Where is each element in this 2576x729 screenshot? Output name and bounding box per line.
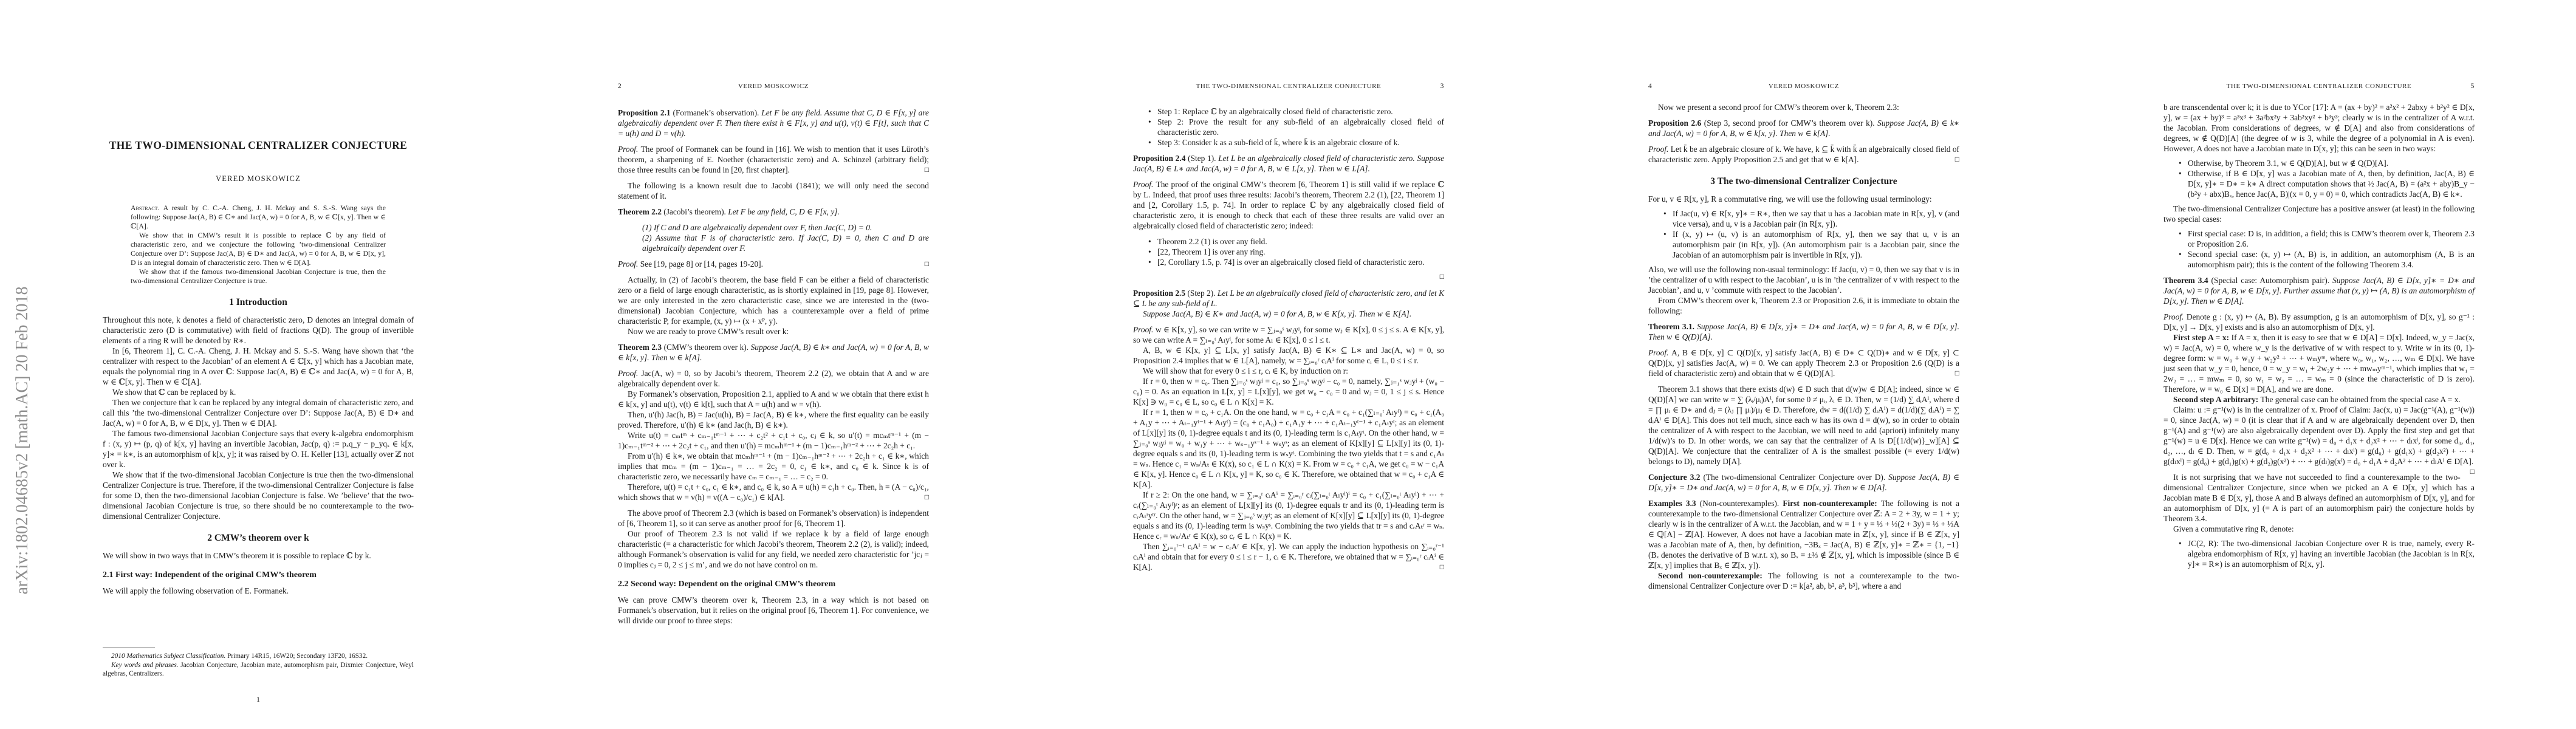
header-page-number: 5	[2471, 83, 2475, 90]
paragraph: In [6, Theorem 1], C. C.-A. Cheng, J. H.…	[103, 346, 414, 387]
bullet-item: •Otherwise, if B ∈ D[x, y] was a Jacobia…	[2188, 168, 2475, 199]
abstract-paragraph: Abstract. A result by C. C.-A. Cheng, J.…	[131, 204, 386, 231]
page-content: b are transcendental over k; it is due t…	[2163, 102, 2475, 573]
proof-paragraph: A, B, w ∈ K[x, y] ⊆ L[x, y] satisfy Jac(…	[1133, 345, 1444, 366]
qed-symbol: □	[925, 259, 929, 269]
subsection-heading: 2.2 Second way: Dependent on the origina…	[618, 579, 929, 590]
proof-paragraph: Write u(t) = cₘtᵐ + cₘ₋₁tᵐ⁻¹ + ⋯ + c₂t² …	[618, 430, 929, 451]
footnote-lead: Key words and phrases.	[111, 662, 180, 669]
proof-paragraph: Proof. Let k̄ be an algebraic closure of…	[1648, 144, 1959, 165]
proof-paragraph: By Formanek’s observation, Proposition 2…	[618, 389, 929, 409]
page-1: THE TWO-DIMENSIONAL CENTRALIZER CONJECTU…	[0, 0, 515, 729]
bullet-marker: •	[2179, 228, 2182, 239]
bullet-list: •If Jac(u, v) ∈ R[x, y]∗ = R∗, then we s…	[1648, 208, 1959, 260]
theorem-note: (The two-dimensional Centralizer Conject…	[1703, 473, 1888, 482]
abstract: Abstract. A result by C. C.-A. Cheng, J.…	[103, 204, 414, 286]
example-block: Examples 3.3 (Non-counterexamples). Firs…	[1648, 498, 1959, 591]
proof-paragraph: Therefore, u(t) = c₁t + c₀, c₁ ∈ k∗, and…	[618, 482, 929, 502]
bullet-marker: •	[2179, 168, 2182, 179]
theorem-label: Theorem 3.1.	[1648, 322, 1697, 331]
bullet-item: •Step 2: Prove the result for any sub-fi…	[1157, 117, 1444, 137]
header-title: THE TWO-DIMENSIONAL CENTRALIZER CONJECTU…	[1133, 83, 1444, 90]
paragraph: From CMW’s theorem over k, Theorem 2.3 o…	[1648, 295, 1959, 316]
bullet-marker: •	[1663, 208, 1667, 219]
proof-label: Proof.	[618, 259, 640, 269]
abstract-label: Abstract.	[131, 204, 163, 212]
bullet-list: (1) If C and D are algebraically depende…	[618, 222, 929, 253]
bold-lead: First step A = x:	[2173, 333, 2232, 342]
proof-paragraph: If r = 1, then w = c₀ + c₁A. On the one …	[1133, 407, 1444, 490]
proof-label: Proof.	[1133, 325, 1156, 334]
proof-block: Proof. See [19, page 8] or [14, pages 19…	[618, 259, 929, 269]
theorem-label: Examples 3.3	[1648, 499, 1700, 508]
proof-block: Proof. Denote g : (x, y) ↦ (A, B). By as…	[2163, 312, 2475, 467]
proof-block: Proof. The proof of the original CMW’s t…	[1133, 179, 1444, 231]
footnote-line: Key words and phrases. Jacobian Conjectu…	[103, 661, 414, 679]
paragraph: The famous two-dimensional Jacobian Conj…	[103, 428, 414, 470]
page-content: Now we present a second proof for CMW’s …	[1648, 102, 1959, 597]
paragraph: Now we are ready to prove CMW’s result o…	[618, 326, 929, 337]
theorem-paragraph: Proposition 2.1 (Formanek’s observation)…	[618, 108, 929, 139]
theorem-block: Theorem 2.3 (CMW’s theorem over k). Supp…	[618, 342, 929, 363]
theorem-paragraph: Theorem 2.3 (CMW’s theorem over k). Supp…	[618, 342, 929, 363]
theorem-paragraph: Proposition 2.4 (Step 1). Let L be an al…	[1133, 153, 1444, 174]
running-header: 2VERED MOSKOWICZ	[618, 83, 929, 92]
author-name: VERED MOSKOWICZ	[103, 174, 414, 184]
page-2: 2VERED MOSKOWICZProposition 2.1 (Formane…	[515, 0, 1030, 729]
proof-paragraph: Then, u′(h) Jac(h, B) = Jac(u(h), B) = J…	[618, 409, 929, 430]
theorem-label: Proposition 2.6	[1648, 118, 1704, 128]
paragraph: It is not surprising that we have not su…	[2163, 472, 2475, 524]
proof-paragraph: Proof. The proof of Formanek can be foun…	[618, 144, 929, 175]
theorem-note: (Step 2).	[1187, 289, 1217, 298]
footnote-rule	[103, 648, 155, 648]
running-header: THE TWO-DIMENSIONAL CENTRALIZER CONJECTU…	[2163, 83, 2475, 92]
paragraph: We show that if the two-dimensional Jaco…	[103, 470, 414, 521]
page-content: Proposition 2.1 (Formanek’s observation)…	[618, 102, 929, 626]
bullet-item: •Step 3: Consider k as a sub-field of k̄…	[1157, 137, 1444, 148]
qed-symbol: □	[1955, 368, 1959, 378]
document-canvas: THE TWO-DIMENSIONAL CENTRALIZER CONJECTU…	[0, 0, 2576, 729]
abstract-paragraph: We show that in CMW’s result it is possi…	[131, 231, 386, 267]
bullet-item: (1) If C and D are algebraically depende…	[642, 222, 929, 233]
paragraph: The above proof of Theorem 2.3 (which is…	[618, 508, 929, 529]
theorem-text: Suppose Jac(A, B) ∈ K∗ and Jac(A, w) = 0…	[1143, 309, 1411, 318]
bullet-item: •[22, Theorem 1] is over any ring.	[1157, 247, 1444, 257]
proof-paragraph: Proof. See [19, page 8] or [14, pages 19…	[618, 259, 929, 269]
arxiv-watermark: arXiv:1802.04685v2 [math.AC] 20 Feb 2018	[13, 173, 33, 708]
bold-lead: Second non-counterexample:	[1658, 571, 1768, 580]
theorem-paragraph: Proposition 2.5 (Step 2). Let L be an al…	[1133, 288, 1444, 309]
section-heading: 2 CMW’s theorem over k	[103, 532, 414, 544]
bullet-marker: •	[1148, 137, 1151, 148]
theorem-note: (Formanek’s observation).	[673, 108, 762, 117]
proof-block: Proof. Let k̄ be an algebraic closure of…	[1648, 144, 1959, 165]
bullet-item: •Second special case: (x, y) ↦ (A, B) is…	[2188, 249, 2475, 270]
bullet-item: (2) Assume that F is of characteristic z…	[642, 233, 929, 253]
paragraph: The following is a known result due to J…	[618, 180, 929, 201]
paragraph: Now we present a second proof for CMW’s …	[1648, 102, 1959, 112]
bold-lead: Second step A arbitrary:	[2173, 395, 2261, 404]
paragraph: Actually, in (2) of Jacobi’s theorem, th…	[618, 275, 929, 326]
proof-paragraph: Proof. The proof of the original CMW’s t…	[1133, 179, 1444, 231]
proof-paragraph: If r = 0, then w = c₀. Then ∑ⱼ₌₀ˢ wⱼyʲ =…	[1133, 376, 1444, 407]
proof-paragraph: Second step A arbitrary: The general cas…	[2163, 394, 2475, 405]
bullet-item: •Theorem 2.2 (1) is over any field.	[1157, 236, 1444, 247]
paragraph: Theorem 3.1 shows that there exists d(w)…	[1648, 384, 1959, 467]
paragraph: Also, we will use the following non-usua…	[1648, 264, 1959, 295]
paragraph: For u, v ∈ R[x, y], R a commutative ring…	[1648, 194, 1959, 204]
theorem-paragraph: Conjecture 3.2 (The two-dimensional Cent…	[1648, 472, 1959, 493]
bullet-marker: •	[1148, 236, 1151, 247]
bullet-marker: •	[1148, 257, 1151, 267]
theorem-paragraph: Theorem 3.1. Suppose Jac(A, B) ∈ D[x, y]…	[1648, 321, 1959, 342]
proof-paragraph: From u′(h) ∈ k∗, we obtain that mcₘhᵐ⁻¹ …	[618, 451, 929, 482]
paper-title: THE TWO-DIMENSIONAL CENTRALIZER CONJECTU…	[103, 139, 414, 152]
footnote: 2010 Mathematics Subject Classification.…	[103, 648, 414, 679]
proof-paragraph: If r ≥ 2: On the one hand, w = ∑ᵢ₌₀ʳ cᵢA…	[1133, 490, 1444, 541]
theorem-block: Proposition 2.1 (Formanek’s observation)…	[618, 108, 929, 139]
header-page-number: 3	[1440, 83, 1444, 90]
proof-paragraph: Then ∑ᵢ₌₀ʳ⁻¹ cᵢAⁱ = w − cᵣAʳ ∈ K[x, y]. …	[1133, 541, 1444, 572]
qed-symbol: □	[2461, 467, 2475, 477]
header-title: THE TWO-DIMENSIONAL CENTRALIZER CONJECTU…	[2163, 83, 2475, 90]
paragraph: We will apply the following observation …	[103, 586, 414, 596]
theorem-label: Proposition 2.1	[618, 108, 673, 117]
bullet-item: •Otherwise, by Theorem 3.1, w ∈ Q(D)[A],…	[2188, 158, 2475, 168]
proof-label: Proof.	[618, 145, 641, 154]
bullet-item: •JC(2, R): The two-dimensional Jacobian …	[2188, 538, 2475, 569]
page-content: THE TWO-DIMENSIONAL CENTRALIZER CONJECTU…	[103, 102, 414, 596]
qed-symbol: □	[925, 165, 929, 175]
header-page-number: 4	[1648, 83, 1652, 90]
bold-lead: First non-counterexample:	[1783, 499, 1880, 508]
proof-block: Proof. Jac(A, w) = 0, so by Jacobi’s the…	[618, 368, 929, 502]
bullet-marker: •	[2179, 158, 2182, 168]
proof-paragraph: First step A = x: If A = x, then it is e…	[2163, 332, 2475, 394]
footnote-line: 2010 Mathematics Subject Classification.…	[103, 652, 414, 661]
bullet-item: •If Jac(u, v) ∈ R[x, y]∗ = R∗, then we s…	[1673, 208, 1959, 229]
theorem-paragraph: Theorem 3.4 (Special case: Automorphism …	[2163, 275, 2475, 306]
theorem-note: (Special case: Automorphism pair).	[2211, 276, 2333, 285]
header-title: VERED MOSKOWICZ	[618, 83, 929, 90]
theorem-paragraph: Suppose Jac(A, B) ∈ K∗ and Jac(A, w) = 0…	[1133, 309, 1444, 319]
theorem-text: The following is not a counterexample to…	[1648, 499, 1959, 570]
bullet-list: •First special case: D is, in addition, …	[2163, 228, 2475, 270]
bullet-marker: •	[1148, 117, 1151, 127]
paragraph: The two-dimensional Centralizer Conjectu…	[2163, 204, 2475, 224]
theorem-block: Conjecture 3.2 (The two-dimensional Cent…	[1648, 472, 1959, 493]
proof-label: Proof.	[618, 369, 641, 378]
paragraph: We show that ℂ can be replaced by k.	[103, 387, 414, 397]
bullet-marker: •	[1663, 229, 1667, 239]
theorem-block: Theorem 3.4 (Special case: Automorphism …	[2163, 275, 2475, 306]
page-number: 1	[103, 695, 414, 704]
proof-label: Proof.	[1648, 145, 1671, 154]
theorem-paragraph: Proposition 2.6 (Step 3, second proof fo…	[1648, 118, 1959, 139]
theorem-note: (Non-counterexamples).	[1700, 499, 1783, 508]
running-header: 4VERED MOSKOWICZ	[1648, 83, 1959, 92]
running-header: THE TWO-DIMENSIONAL CENTRALIZER CONJECTU…	[1133, 83, 1444, 92]
bullet-item: •First special case: D is, in addition, …	[2188, 228, 2475, 249]
theorem-note: (Step 1).	[1188, 154, 1218, 163]
section-heading: 3 The two-dimensional Centralizer Conjec…	[1648, 176, 1959, 188]
bullet-list: •Step 1: Replace ℂ by an algebraically c…	[1133, 106, 1444, 148]
qed-symbol: □	[915, 492, 929, 502]
proof-block: Proof. w ∈ K[x, y], so we can write w = …	[1133, 324, 1444, 572]
proof-paragraph: Proof. Denote g : (x, y) ↦ (A, B). By as…	[2163, 312, 2475, 332]
qed-symbol: □	[1955, 154, 1959, 165]
section-heading: 1 Introduction	[103, 296, 414, 309]
theorem-paragraph: Second non-counterexample: The following…	[1648, 570, 1959, 591]
theorem-note: (CMW’s theorem over k).	[664, 343, 751, 352]
proof-paragraph: Claim: u := g⁻¹(w) is in the centralizer…	[2163, 405, 2475, 467]
header-page-number: 2	[618, 83, 622, 90]
paragraph: Our proof of Theorem 2.3 is not valid if…	[618, 529, 929, 570]
bullet-list: •JC(2, R): The two-dimensional Jacobian …	[2163, 538, 2475, 569]
proof-label: Proof.	[1648, 348, 1671, 357]
bullet-list: •Theorem 2.2 (1) is over any field.•[22,…	[1133, 236, 1444, 267]
paragraph: b are transcendental over k; it is due t…	[2163, 102, 2475, 154]
theorem-label: Theorem 2.2	[618, 207, 663, 216]
abstract-paragraph: We show that if the famous two-dimension…	[131, 267, 386, 286]
paragraph: We can prove CMW’s theorem over k, Theor…	[618, 595, 929, 626]
theorem-label: Proposition 2.4	[1133, 154, 1188, 163]
footnote-lead: 2010 Mathematics Subject Classification.	[111, 652, 227, 660]
page-content: •Step 1: Replace ℂ by an algebraically c…	[1133, 102, 1444, 578]
paragraph: We will show in two ways that in CMW’s t…	[103, 550, 414, 561]
theorem-paragraph: Examples 3.3 (Non-counterexamples). Firs…	[1648, 498, 1959, 570]
theorem-block: Theorem 2.2 (Jacobi’s theorem). Let F be…	[618, 207, 929, 217]
bullet-list: •Otherwise, by Theorem 3.1, w ∈ Q(D)[A],…	[2163, 158, 2475, 199]
proof-paragraph: We will show that for every 0 ≤ i ≤ r, c…	[1133, 366, 1444, 376]
theorem-label: Theorem 2.3	[618, 343, 664, 352]
paragraph: Given a commutative ring R, denote:	[2163, 524, 2475, 534]
bullet-item: •If (x, y) ↦ (u, v) is an automorphism o…	[1673, 229, 1959, 260]
page-3: THE TWO-DIMENSIONAL CENTRALIZER CONJECTU…	[1030, 0, 1546, 729]
theorem-label: Theorem 3.4	[2163, 276, 2211, 285]
proof-paragraph: Proof. w ∈ K[x, y], so we can write w = …	[1133, 324, 1444, 345]
proof-label: Proof.	[1133, 180, 1156, 189]
page-5: THE TWO-DIMENSIONAL CENTRALIZER CONJECTU…	[2061, 0, 2576, 729]
theorem-label: Proposition 2.5	[1133, 289, 1187, 298]
bullet-item: •Step 1: Replace ℂ by an algebraically c…	[1157, 106, 1444, 117]
theorem-block: Proposition 2.6 (Step 3, second proof fo…	[1648, 118, 1959, 139]
theorem-note: (Jacobi’s theorem).	[663, 207, 728, 216]
bullet-marker: •	[2179, 538, 2182, 549]
bullet-marker: •	[1148, 247, 1151, 257]
subsection-heading: 2.1 First way: Independent of the origin…	[103, 570, 414, 581]
theorem-note: (Step 3, second proof for CMW’s theorem …	[1704, 118, 1877, 128]
qed-symbol: □	[1430, 562, 1444, 572]
proof-block: Proof. The proof of Formanek can be foun…	[618, 144, 929, 175]
qed-symbol: □	[1133, 272, 1444, 282]
paragraph: Throughout this note, k denotes a field …	[103, 315, 414, 346]
paragraph: Then we conjecture that k can be replace…	[103, 397, 414, 428]
bullet-item: •[2, Corollary 1.5, p. 74] is over an al…	[1157, 257, 1444, 267]
theorem-paragraph: Theorem 2.2 (Jacobi’s theorem). Let F be…	[618, 207, 929, 217]
proof-block: Proof. A, B ∈ D[x, y] ⊂ Q(D)[x, y] satis…	[1648, 347, 1959, 378]
theorem-block: Theorem 3.1. Suppose Jac(A, B) ∈ D[x, y]…	[1648, 321, 1959, 342]
theorem-block: Proposition 2.5 (Step 2). Let L be an al…	[1133, 288, 1444, 319]
theorem-block: Proposition 2.4 (Step 1). Let L be an al…	[1133, 153, 1444, 174]
page-4: 4VERED MOSKOWICZNow we present a second …	[1546, 0, 2061, 729]
bullet-marker: •	[2179, 249, 2182, 259]
theorem-label: Conjecture 3.2	[1648, 473, 1703, 482]
proof-paragraph: Proof. A, B ∈ D[x, y] ⊂ Q(D)[x, y] satis…	[1648, 347, 1959, 378]
header-title: VERED MOSKOWICZ	[1648, 83, 1959, 90]
proof-label: Proof.	[2163, 312, 2187, 321]
bullet-marker: •	[1148, 106, 1151, 117]
proof-paragraph: Proof. Jac(A, w) = 0, so by Jacobi’s the…	[618, 368, 929, 389]
theorem-text: Let F be any field, C, D ∈ F[x, y].	[728, 207, 840, 216]
